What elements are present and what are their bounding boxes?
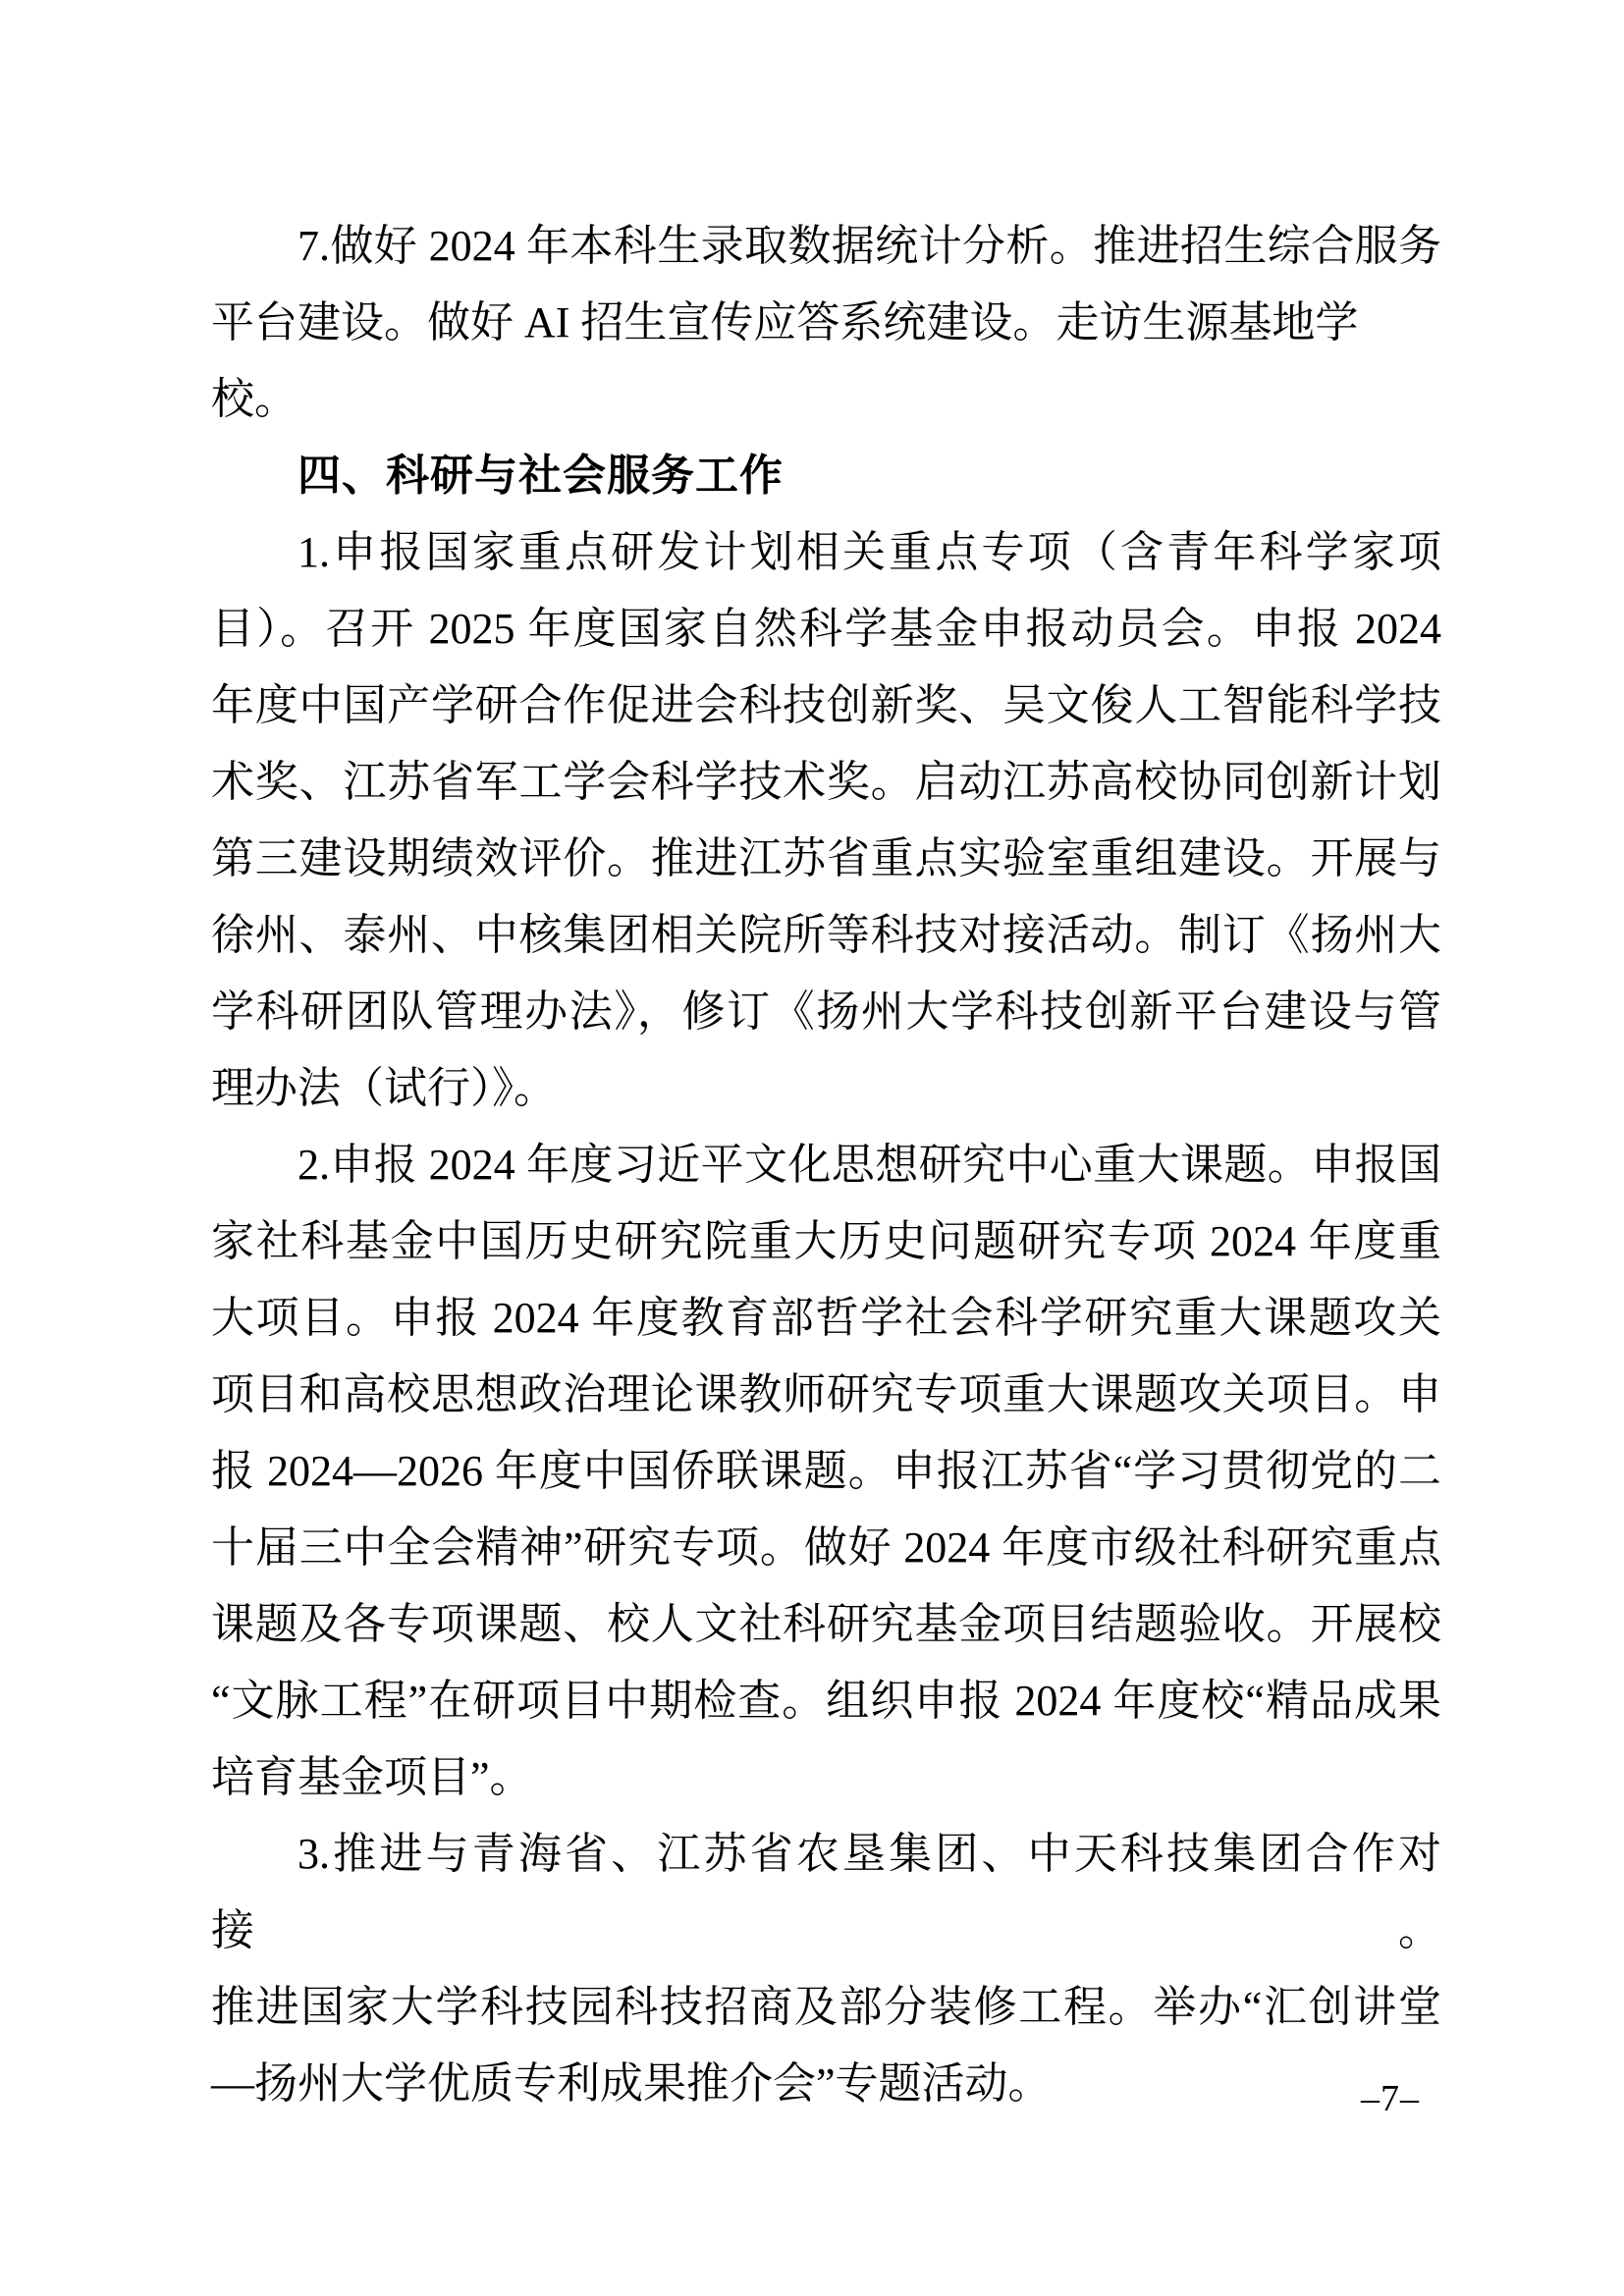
document-body: 7.做好 2024 年本科生录取数据统计分析。推进招生综合服务 平台建设。做好 … [211, 208, 1441, 2122]
paragraph-line: —扬州大学优质专利成果推介会”专题活动。 [211, 2046, 1441, 2122]
page-number: –7– [1361, 2077, 1420, 2120]
paragraph-line: “文脉工程”在研项目中期检查。组织申报 2024 年度校“精品成果 [211, 1663, 1441, 1739]
paragraph-line: 术奖、江苏省军工学会科学技术奖。启动江苏高校协同创新计划 [211, 744, 1441, 821]
paragraph-line: 十届三中全会精神”研究专项。做好 2024 年度市级社科研究重点 [211, 1510, 1441, 1586]
paragraph-line: 报 2024—2026 年度中国侨联课题。申报江苏省“学习贯彻党的二 [211, 1433, 1441, 1510]
paragraph-line: 平台建设。做好 AI 招生宣传应答系统建设。走访生源基地学校。 [211, 285, 1441, 438]
document-page: 7.做好 2024 年本科生录取数据统计分析。推进招生综合服务 平台建设。做好 … [0, 0, 1624, 2296]
paragraph-line: 年度中国产学研合作促进会科技创新奖、吴文俊人工智能科学技 [211, 667, 1441, 744]
paragraph-line: 目）。召开 2025 年度国家自然科学基金申报动员会。申报 2024 [211, 591, 1441, 667]
paragraph-line: 徐州、泰州、中核集团相关院所等科技对接活动。制订《扬州大 [211, 897, 1441, 974]
paragraph-line: 第三建设期绩效评价。推进江苏省重点实验室重组建设。开展与 [211, 821, 1441, 897]
paragraph-line: 家社科基金中国历史研究院重大历史问题研究专项 2024 年度重 [211, 1203, 1441, 1280]
paragraph-line: 1.申报国家重点研发计划相关重点专项（含青年科学家项 [211, 514, 1441, 591]
section-heading-research-and-social-service: 四、科研与社会服务工作 [211, 438, 1441, 514]
paragraph-line: 2.申报 2024 年度习近平文化思想研究中心重大课题。申报国 [211, 1127, 1441, 1203]
paragraph-line: 推进国家大学科技园科技招商及部分装修工程。举办“汇创讲堂 [211, 1969, 1441, 2046]
paragraph-line: 理办法（试行）》。 [211, 1050, 1441, 1127]
paragraph-line: 7.做好 2024 年本科生录取数据统计分析。推进招生综合服务 [211, 208, 1441, 285]
paragraph-line: 大项目。申报 2024 年度教育部哲学社会科学研究重大课题攻关 [211, 1280, 1441, 1357]
paragraph-line: 学科研团队管理办法》，修订《扬州大学科技创新平台建设与管 [211, 974, 1441, 1050]
paragraph-line: 3.推进与青海省、江苏省农垦集团、中天科技集团合作对接。 [211, 1816, 1441, 1969]
paragraph-line: 项目和高校思想政治理论课教师研究专项重大课题攻关项目。申 [211, 1357, 1441, 1433]
paragraph-line: 培育基金项目”。 [211, 1739, 1441, 1816]
paragraph-line: 课题及各专项课题、校人文社科研究基金项目结题验收。开展校 [211, 1586, 1441, 1663]
